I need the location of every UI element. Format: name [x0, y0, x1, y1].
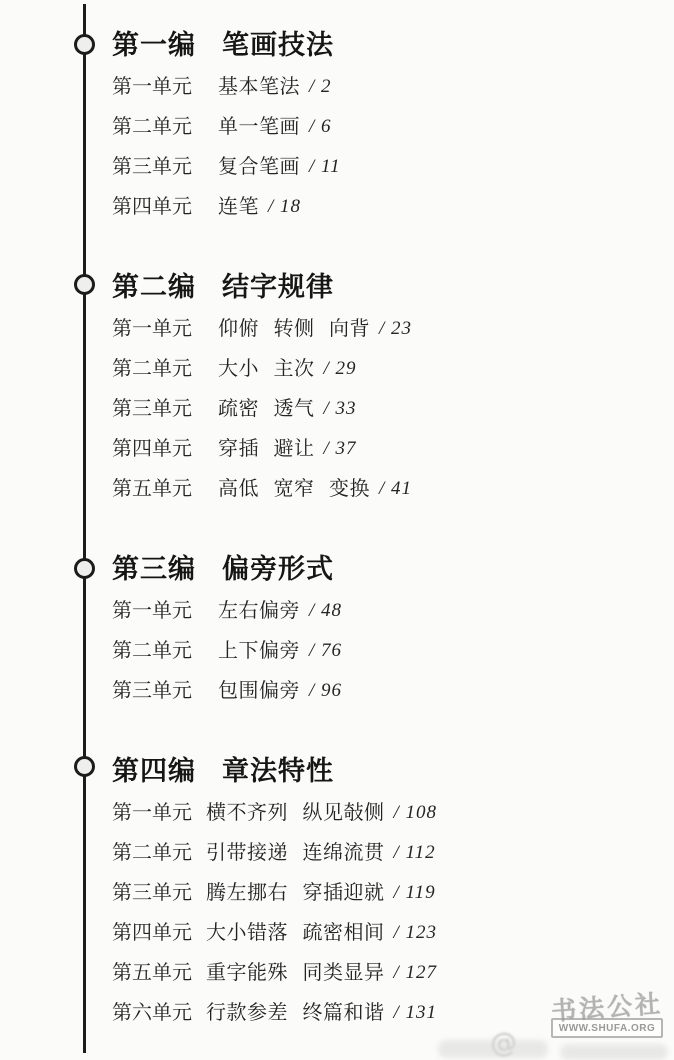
section-number: 第三编: [112, 554, 196, 584]
section-heading: 第三编偏旁形式: [112, 549, 657, 589]
unit-label: 第一单元: [112, 67, 218, 107]
unit-label: 第二单元: [112, 349, 218, 389]
unit-title: 引带接递 连绵流贯: [206, 833, 385, 873]
unit-page-number: / 112: [394, 833, 436, 873]
unit-label: 第一单元: [112, 309, 218, 349]
unit-page-number: / 6: [309, 107, 332, 147]
unit-page-number: / 2: [309, 67, 332, 107]
unit-page-number: / 41: [379, 469, 412, 509]
toc-section-3: 第三编偏旁形式 第一单元 左右偏旁 / 48 第二单元 上下偏旁 / 76 第三…: [112, 549, 657, 711]
unit-label: 第四单元: [112, 913, 206, 953]
unit-label: 第六单元: [112, 993, 206, 1033]
unit-title: 穿插 避让: [218, 429, 315, 469]
toc-unit-row: 第三单元 腾左挪右 穿插迎就 / 119: [112, 873, 657, 913]
unit-page-number: / 127: [394, 953, 438, 993]
unit-list: 第一单元 基本笔法 / 2 第二单元 单一笔画 / 6 第三单元 复合笔画 / …: [112, 67, 657, 227]
toc-unit-row: 第五单元 高低 宽窄 变换 / 41: [112, 469, 657, 509]
toc-unit-row: 第三单元 包围偏旁 / 96: [112, 671, 657, 711]
timeline-node-icon: [74, 558, 95, 579]
unit-label: 第三单元: [112, 873, 206, 913]
unit-title: 大小 主次: [218, 349, 315, 389]
unit-list: 第一单元 仰俯 转侧 向背 / 23 第二单元 大小 主次 / 29 第三单元 …: [112, 309, 657, 509]
unit-title: 大小错落 疏密相间: [206, 913, 385, 953]
unit-title: 行款参差 终篇和谐: [206, 993, 385, 1033]
section-heading: 第二编结字规律: [112, 267, 657, 307]
unit-label: 第四单元: [112, 429, 218, 469]
unit-label: 第二单元: [112, 631, 218, 671]
unit-title: 基本笔法: [218, 67, 300, 107]
toc-unit-row: 第四单元 大小错落 疏密相间 / 123: [112, 913, 657, 953]
timeline-node-icon: [74, 274, 95, 295]
toc-unit-row: 第三单元 疏密 透气 / 33: [112, 389, 657, 429]
unit-page-number: / 96: [309, 671, 342, 711]
scan-artifact-blob: [560, 1044, 668, 1060]
toc-page: 第一编笔画技法 第一单元 基本笔法 / 2 第二单元 单一笔画 / 6 第三单元…: [0, 0, 674, 1060]
unit-title: 上下偏旁: [218, 631, 300, 671]
unit-title: 疏密 透气: [218, 389, 315, 429]
toc-section-2: 第二编结字规律 第一单元 仰俯 转侧 向背 / 23 第二单元 大小 主次 / …: [112, 267, 657, 509]
toc-content: 第一编笔画技法 第一单元 基本笔法 / 2 第二单元 单一笔画 / 6 第三单元…: [112, 25, 657, 1033]
unit-title: 腾左挪右 穿插迎就: [206, 873, 385, 913]
unit-title: 重字能殊 同类显异: [206, 953, 385, 993]
toc-unit-row: 第一单元 仰俯 转侧 向背 / 23: [112, 309, 657, 349]
section-heading: 第四编章法特性: [112, 751, 657, 791]
scan-artifact-blob: [438, 1040, 548, 1058]
unit-title: 单一笔画: [218, 107, 300, 147]
section-title: 笔画技法: [222, 30, 334, 60]
section-number: 第二编: [112, 272, 196, 302]
toc-section-1: 第一编笔画技法 第一单元 基本笔法 / 2 第二单元 单一笔画 / 6 第三单元…: [112, 25, 657, 227]
unit-title: 连笔: [218, 187, 259, 227]
unit-title: 高低 宽窄 变换: [218, 469, 370, 509]
toc-unit-row: 第二单元 上下偏旁 / 76: [112, 631, 657, 671]
section-heading: 第一编笔画技法: [112, 25, 657, 65]
toc-unit-row: 第二单元 引带接递 连绵流贯 / 112: [112, 833, 657, 873]
unit-page-number: / 108: [394, 793, 438, 833]
toc-unit-row: 第五单元 重字能殊 同类显异 / 127: [112, 953, 657, 993]
section-number: 第四编: [112, 756, 196, 786]
unit-label: 第五单元: [112, 953, 206, 993]
toc-unit-row: 第一单元 基本笔法 / 2: [112, 67, 657, 107]
toc-unit-row: 第三单元 复合笔画 / 11: [112, 147, 657, 187]
timeline-node-icon: [74, 34, 95, 55]
unit-page-number: / 18: [268, 187, 301, 227]
unit-page-number: / 37: [324, 429, 357, 469]
timeline-node-icon: [74, 756, 95, 777]
unit-label: 第二单元: [112, 107, 218, 147]
unit-label: 第三单元: [112, 389, 218, 429]
toc-unit-row: 第一单元 左右偏旁 / 48: [112, 591, 657, 631]
unit-label: 第三单元: [112, 671, 218, 711]
toc-unit-row: 第四单元 穿插 避让 / 37: [112, 429, 657, 469]
unit-title: 复合笔画: [218, 147, 300, 187]
unit-page-number: / 48: [309, 591, 342, 631]
toc-unit-row: 第一单元 横不齐列 纵见敧侧 / 108: [112, 793, 657, 833]
unit-page-number: / 131: [394, 993, 438, 1033]
unit-label: 第一单元: [112, 591, 218, 631]
unit-label: 第四单元: [112, 187, 218, 227]
unit-title: 仰俯 转侧 向背: [218, 309, 370, 349]
toc-unit-row: 第四单元 连笔 / 18: [112, 187, 657, 227]
shufa-watermark-stamp: 书法公社 WWW.SHUFA.ORG: [551, 988, 663, 1038]
section-title: 章法特性: [222, 756, 334, 786]
unit-title: 横不齐列 纵见敧侧: [206, 793, 385, 833]
toc-unit-row: 第二单元 单一笔画 / 6: [112, 107, 657, 147]
unit-title: 包围偏旁: [218, 671, 300, 711]
unit-list: 第一单元 左右偏旁 / 48 第二单元 上下偏旁 / 76 第三单元 包围偏旁 …: [112, 591, 657, 711]
unit-page-number: / 76: [309, 631, 342, 671]
unit-label: 第五单元: [112, 469, 218, 509]
unit-label: 第二单元: [112, 833, 206, 873]
unit-page-number: / 119: [394, 873, 436, 913]
section-number: 第一编: [112, 30, 196, 60]
unit-page-number: / 123: [394, 913, 438, 953]
unit-page-number: / 11: [309, 147, 341, 187]
timeline-rule: [83, 4, 86, 1053]
unit-label: 第一单元: [112, 793, 206, 833]
unit-page-number: / 23: [379, 309, 412, 349]
unit-page-number: / 29: [324, 349, 357, 389]
unit-page-number: / 33: [324, 389, 357, 429]
unit-label: 第三单元: [112, 147, 218, 187]
toc-unit-row: 第二单元 大小 主次 / 29: [112, 349, 657, 389]
unit-title: 左右偏旁: [218, 591, 300, 631]
section-title: 偏旁形式: [222, 554, 334, 584]
section-title: 结字规律: [222, 272, 334, 302]
